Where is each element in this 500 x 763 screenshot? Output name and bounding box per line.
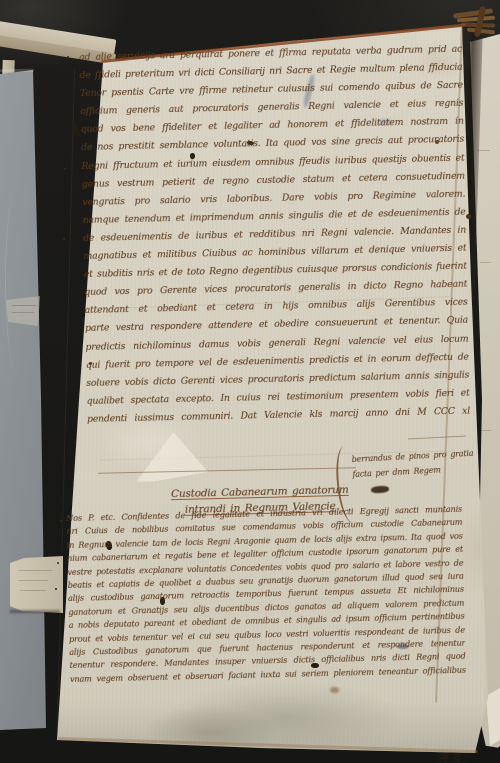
margin-dot bbox=[60, 520, 62, 522]
faint-writing-mark bbox=[480, 262, 491, 263]
lower-text-block: Nos P. etc. Confidentes de fide legalita… bbox=[66, 503, 466, 686]
stain-spot bbox=[330, 687, 339, 693]
card-edge-highlight bbox=[0, 69, 34, 73]
gray-backing-card bbox=[0, 68, 47, 730]
card-crease bbox=[5, 185, 31, 375]
margin-dot bbox=[57, 562, 59, 564]
margin-dot bbox=[67, 56, 69, 58]
faint-writing-mark bbox=[12, 312, 34, 313]
faint-writing-mark bbox=[20, 590, 46, 591]
faint-writing-mark bbox=[478, 150, 490, 151]
upper-text-block: ad alie seruicijs ara perquirat ponere e… bbox=[79, 41, 470, 429]
margin-dot bbox=[64, 168, 66, 170]
faint-writing-mark bbox=[18, 580, 48, 581]
faint-writing-mark bbox=[12, 305, 36, 306]
margin-dot bbox=[63, 238, 65, 240]
tab-shadow bbox=[10, 610, 60, 613]
ink-spot bbox=[466, 214, 471, 219]
marginal-note: berrandus de pinos pro gratiafacta per d… bbox=[351, 446, 470, 482]
parchment-slip bbox=[6, 296, 40, 326]
faint-writing-mark bbox=[18, 570, 52, 571]
parchment-tab bbox=[10, 556, 63, 613]
faint-writing-mark bbox=[481, 430, 491, 431]
margin-dot bbox=[55, 588, 57, 590]
manuscript-photo: ad alie seruicijs ara perquirat ponere e… bbox=[0, 0, 500, 763]
